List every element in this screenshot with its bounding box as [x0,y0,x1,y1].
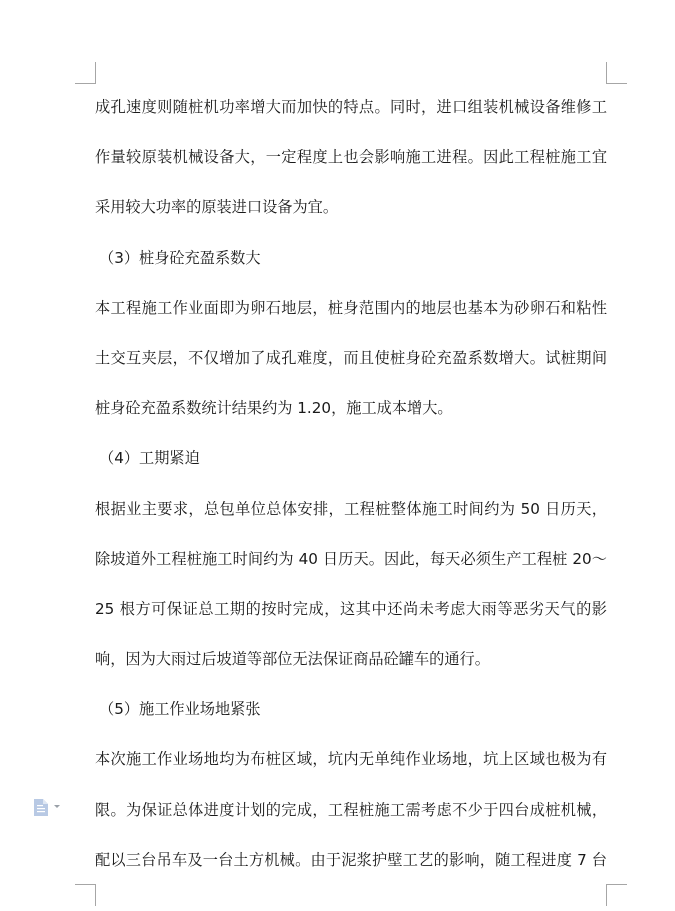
document-body[interactable]: 成孔速度则随桩机功率增大而加快的特点。同时，进口组装机械设备维修工 作量较原装机… [95,82,607,885]
section-heading: （5）施工作业场地紧张 [95,684,607,734]
corner-mark-top-left-v [95,62,96,84]
text-line: 根据业主要求，总包单位总体安排，工程桩整体施工时间约为 50 日历天， [95,484,607,534]
corner-mark-bottom-right-h [606,884,627,885]
corner-mark-top-right-h [606,83,627,84]
text-line: 成孔速度则随桩机功率增大而加快的特点。同时，进口组装机械设备维修工 [95,82,607,132]
text-line: 作量较原装机械设备大，一定程度上也会影响施工进程。因此工程桩施工宜 [95,132,607,182]
corner-mark-bottom-right-v [606,884,607,906]
text-line: 本次施工作业场地均为布桩区域，坑内无单纯作业场地，坑上区域也极为有 [95,734,607,784]
text-line: 响，因为大雨过后坡道等部位无法保证商品砼罐车的通行。 [95,634,607,684]
corner-mark-top-right-v [606,62,607,84]
paste-options-button[interactable] [30,795,62,819]
text-line: 配以三台吊车及一台土方机械。由于泥浆护壁工艺的影响，随工程进度 7 台 [95,835,607,885]
section-heading: （3）桩身砼充盈系数大 [95,233,607,283]
text-line: 25 根方可保证总工期的按时完成，这其中还尚未考虑大雨等恶劣天气的影 [95,584,607,634]
corner-mark-top-left-h [75,83,96,84]
text-line: 采用较大功率的原装进口设备为宜。 [95,182,607,232]
text-line: 限。为保证总体进度计划的完成，工程桩施工需考虑不少于四台成桩机械， [95,785,607,835]
corner-mark-bottom-left-v [95,884,96,906]
text-line: 除坡道外工程桩施工时间约为 40 日历天。因此，每天必须生产工程桩 20～ [95,534,607,584]
chevron-down-icon [54,805,60,808]
text-line: 本工程施工作业面即为卵石地层，桩身范围内的地层也基本为砂卵石和粘性 [95,283,607,333]
corner-mark-bottom-left-h [75,884,96,885]
paste-options-icon [34,799,48,816]
text-line: 桩身砼充盈系数统计结果约为 1.20，施工成本增大。 [95,383,607,433]
section-heading: （4）工期紧迫 [95,433,607,483]
text-line: 土交互夹层，不仅增加了成孔难度，而且使桩身砼充盈系数增大。试桩期间 [95,333,607,383]
